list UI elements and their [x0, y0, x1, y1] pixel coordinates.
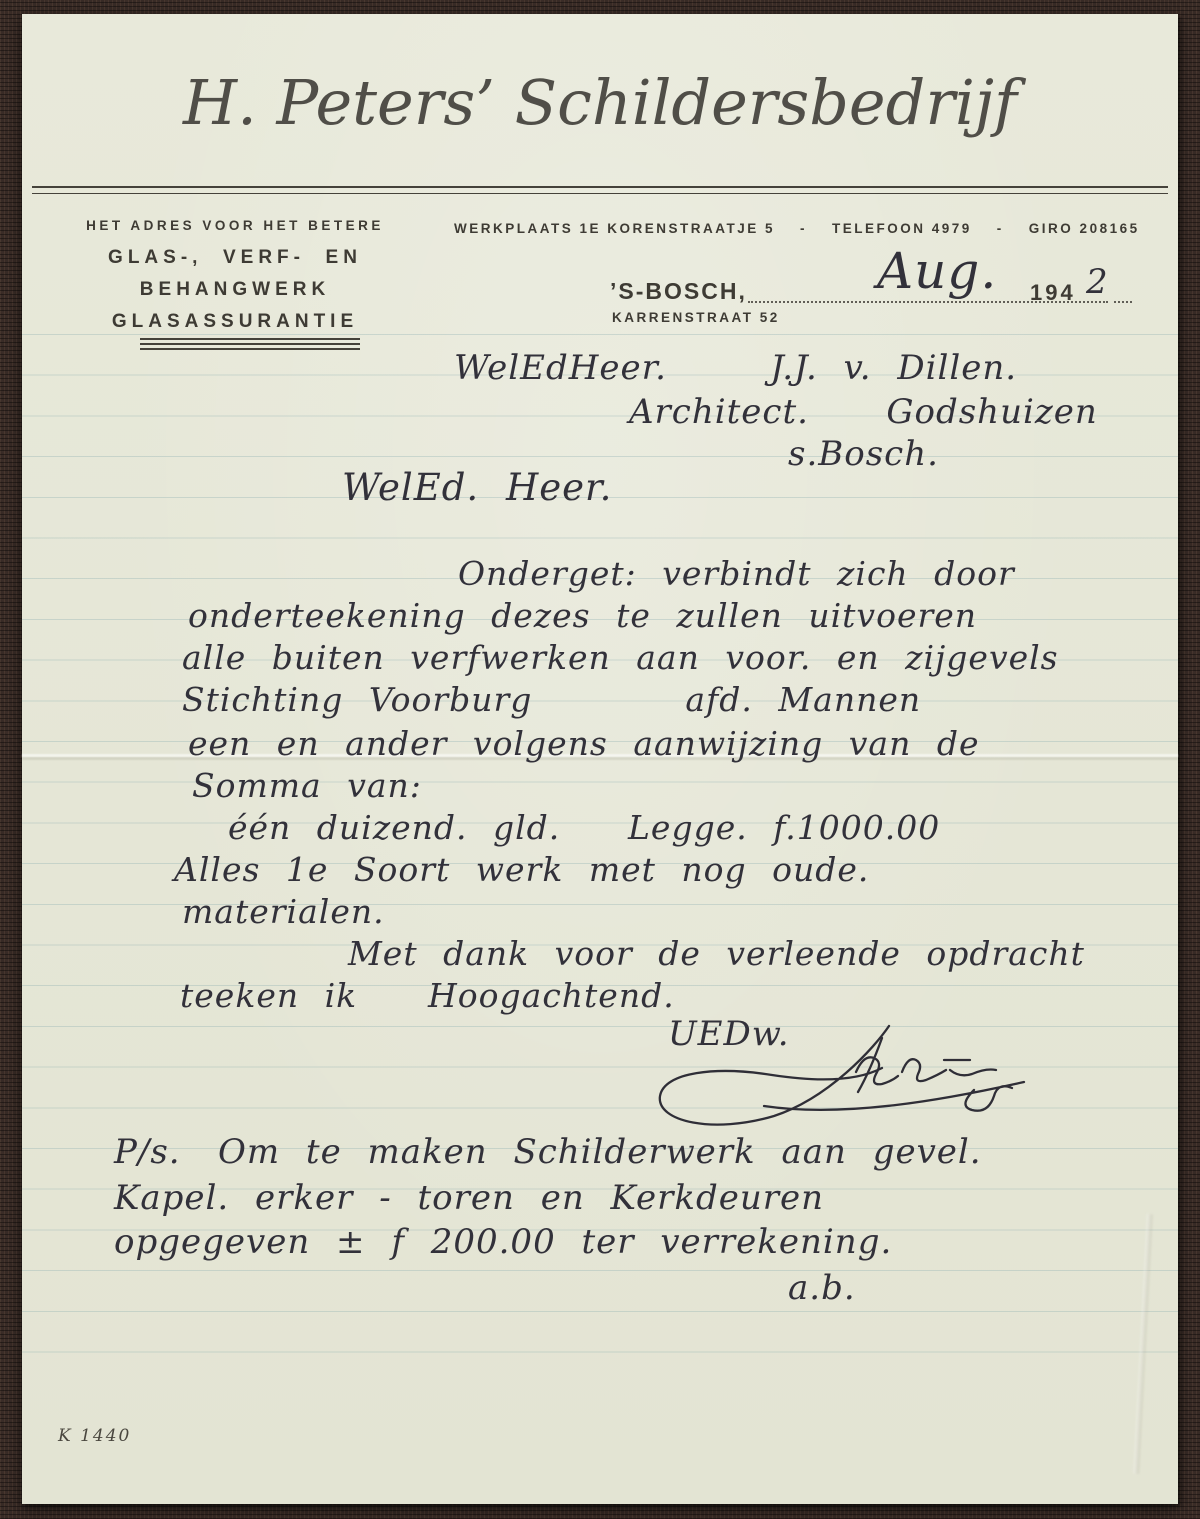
left-block-rule-3	[140, 348, 360, 350]
recipient-line-2: Architect. Godshuizen	[629, 392, 1098, 432]
recipient-line-3: s.Bosch.	[788, 434, 939, 474]
body-line-10: Met dank voor de verleende opdracht	[348, 934, 1085, 973]
body-line-3: alle buiten verfwerken aan voor. en zijg…	[182, 638, 1059, 677]
street-label: KARRENSTRAAT 52	[612, 310, 780, 325]
company-name: H. Peters’ Schildersbedrijf	[183, 66, 1017, 139]
service-line-1: GLAS-, VERF- EN	[70, 247, 400, 269]
year-printed: 194	[1030, 280, 1076, 306]
recipient-line-1: WelEdHeer. J.J. v. Dillen.	[454, 348, 1017, 388]
contact-line: WERKPLAATS 1E KORENSTRAATJE 5 - TELEFOON…	[454, 221, 1140, 236]
signature-flourish	[644, 1020, 1036, 1138]
left-block-rule-1	[140, 338, 360, 340]
handwritten-year-digit: 2	[1086, 262, 1109, 302]
body-line-11-closing: Hoogachtend.	[428, 976, 675, 1015]
ps-line-2: Kapel. erker - toren en Kerkdeuren	[114, 1178, 824, 1218]
header-rule-bottom	[32, 193, 1168, 194]
date-dotted-line-end	[1114, 300, 1132, 303]
ps-line-3: opgegeven ± f 200.00 ter verrekening.	[114, 1222, 892, 1262]
body-line-7-figure: Legge. f.1000.00	[628, 808, 940, 847]
service-line-3: GLASASSURANTIE	[70, 311, 400, 333]
ps-line-1: Om te maken Schilderwerk aan gevel.	[218, 1132, 982, 1172]
ps-label: P/s.	[114, 1132, 181, 1172]
header-rule-top	[32, 186, 1168, 188]
salutation: WelEd. Heer.	[342, 466, 612, 509]
body-line-4: Stichting Voorburg afd. Mannen	[182, 680, 921, 719]
body-line-2: onderteekening dezes te zullen uitvoeren	[188, 596, 977, 635]
body-line-8: Alles 1e Soort werk met nog oude.	[174, 850, 869, 889]
form-number: K 1440	[58, 1426, 131, 1446]
letter-paper: H. Peters’ Schildersbedrijf HET ADRES VO…	[22, 14, 1178, 1504]
body-line-5: een en ander volgens aanwijzing van de	[188, 724, 979, 763]
service-line-2: BEHANGWERK	[70, 279, 400, 301]
body-line-9: materialen.	[182, 892, 385, 931]
city-label: ’S-BOSCH,	[610, 278, 747, 305]
body-line-11-left: teeken ik	[180, 976, 357, 1015]
corner-crease	[1133, 1214, 1153, 1474]
handwritten-month: Aug.	[877, 242, 997, 300]
tagline: HET ADRES VOOR HET BETERE	[70, 218, 400, 233]
body-line-1: Onderget: verbindt zich door	[458, 554, 1015, 593]
ps-initials: a.b.	[788, 1268, 856, 1308]
body-line-7-amount: één duizend. gld.	[228, 808, 560, 847]
letterhead-left-block: HET ADRES VOOR HET BETERE GLAS-, VERF- E…	[70, 218, 400, 333]
left-block-rule-2	[140, 343, 360, 345]
album-background: H. Peters’ Schildersbedrijf HET ADRES VO…	[0, 0, 1200, 1519]
body-line-6: Somma van:	[192, 766, 422, 805]
